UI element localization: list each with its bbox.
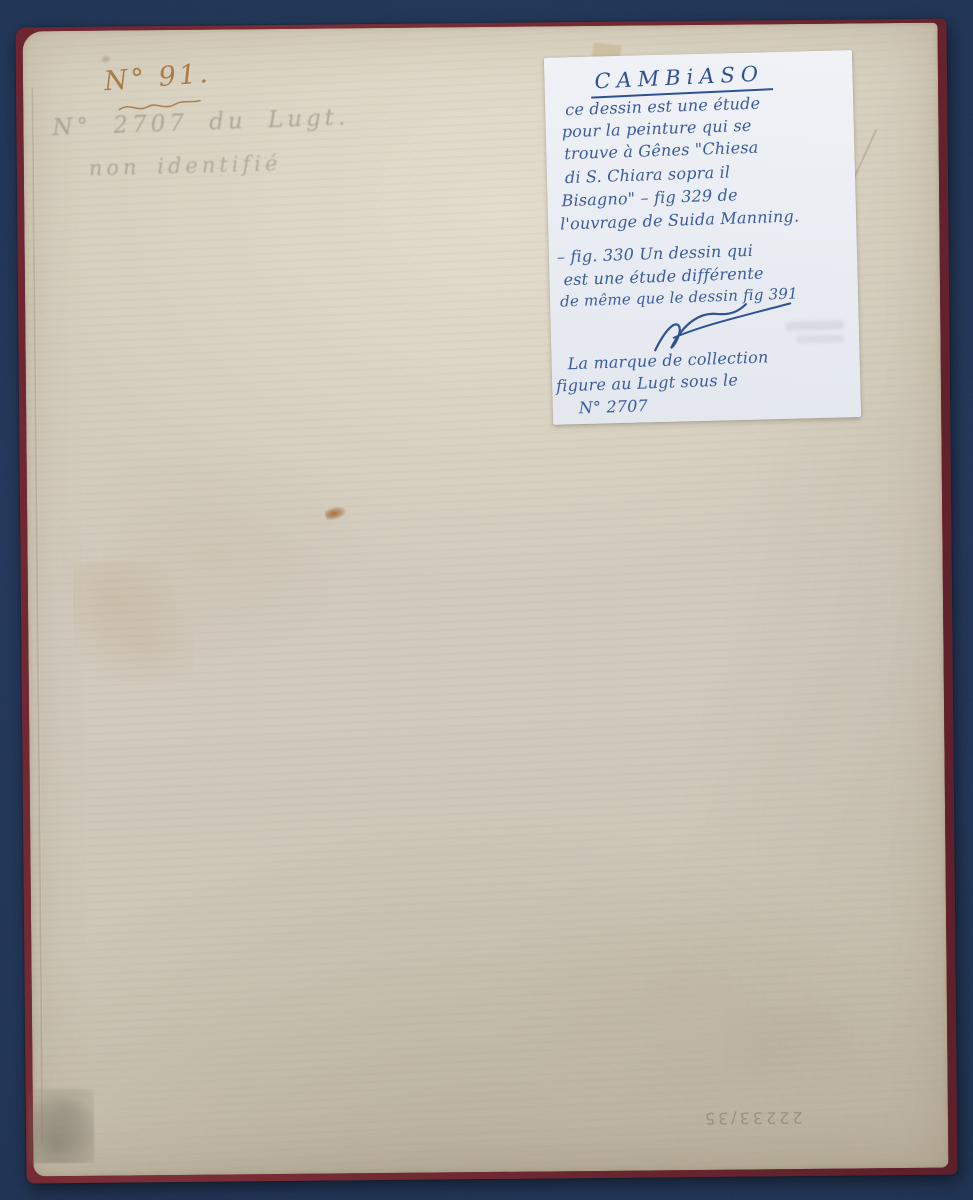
gray-stain: [28, 1089, 95, 1164]
label-line: N° 2707: [578, 396, 648, 417]
show-through-mark: [796, 334, 844, 343]
label-line: La marque de collection: [567, 347, 768, 373]
label-title: CAMBiASO: [590, 61, 773, 98]
label-line: Bisagno" – fig 329 de: [561, 185, 738, 210]
label-line: l'ouvrage de Suida Manning.: [560, 206, 800, 233]
label-line: – fig. 330 Un dessin qui: [557, 241, 754, 267]
label-line: figure au Lugt sous le: [556, 370, 738, 395]
paper-speck: [100, 55, 112, 64]
brown-smudge: [73, 561, 194, 682]
show-through-mark: [786, 320, 844, 330]
label-line: trouve à Gênes "Chiesa: [564, 138, 759, 164]
inventory-number-upside-down: 22233/35: [702, 1108, 803, 1128]
label-line: di S. Chiara sopra il: [565, 162, 731, 187]
label-line: pour la peinture qui se: [561, 116, 751, 141]
photo-backdrop: N° 91. N° 2707 du Lugt. non identifié CA…: [0, 0, 973, 1200]
faint-crease-marks: [725, 1004, 856, 1085]
label-line: est une étude différente: [563, 264, 764, 290]
collector-label: CAMBiASO ce dessin est une étude pour la…: [544, 50, 861, 425]
backing-board: N° 91. N° 2707 du Lugt. non identifié CA…: [15, 19, 957, 1184]
